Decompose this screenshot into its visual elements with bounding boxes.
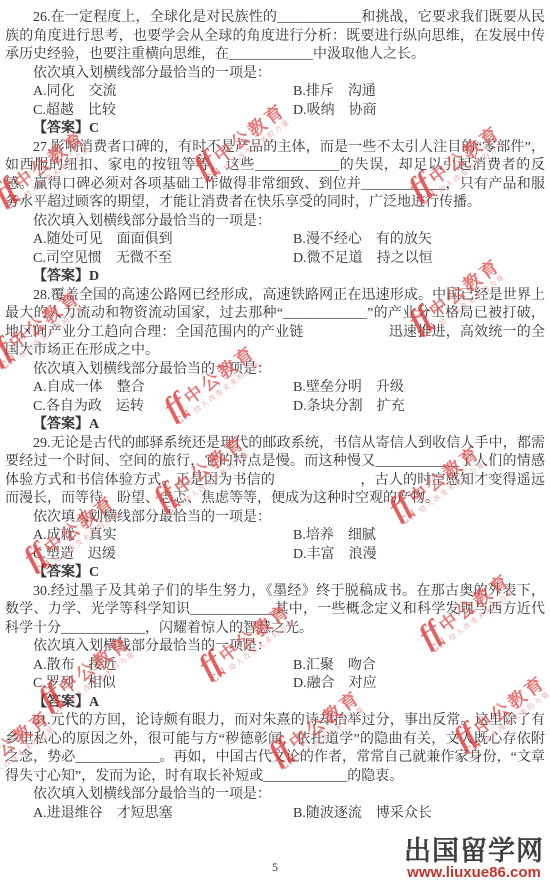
- option-left: A.成就 真实: [33, 527, 293, 546]
- option-row: C.塑造 迟缓D.丰富 浪漫: [5, 546, 545, 565]
- option-right: D.微不足道 持之以恒: [293, 250, 433, 269]
- option-left: C.超越 比较: [33, 102, 293, 121]
- option-left: A.随处可见 面面俱到: [33, 231, 293, 250]
- question-block: 31.元代的方回，论诗颇有眼力，而对朱熹的诗却抬举过分，事出反常。这里除了有乡里…: [5, 712, 545, 823]
- option-right: B.随波逐流 博采众长: [293, 805, 432, 824]
- option-row: C.罗列 相似D.融合 对应: [5, 675, 545, 694]
- question-prompt: 依次填入划横线部分最恰当的一项是：: [5, 213, 545, 232]
- option-row: A.进退维谷 才短思塞B.随波逐流 博采众长: [5, 805, 545, 824]
- option-right: D.融合 对应: [293, 675, 377, 694]
- option-left: C.塑造 迟缓: [33, 546, 293, 565]
- question-prompt: 依次填入划横线部分最恰当的一项是：: [5, 638, 545, 657]
- option-row: C.各自为政 运转D.条块分割 扩充: [5, 398, 545, 417]
- option-right: B.漫不经心 有的放矢: [293, 231, 432, 250]
- option-right: B.排斥 沟通: [293, 83, 376, 102]
- option-row: A.同化 交流B.排斥 沟通: [5, 83, 545, 102]
- question-block: 29.无论是古代的邮驿系统还是现代的邮政系统，书信从寄信人到收信人手中，都需要经…: [5, 435, 545, 583]
- option-left: A.进退维谷 才短思塞: [33, 805, 293, 824]
- question-text: 26.在一定程度上，全球化是对民族性的____________和挑战，它要求我们…: [5, 9, 545, 65]
- option-left: A.自成一体 整合: [33, 379, 293, 398]
- option-left: A.同化 交流: [33, 83, 293, 102]
- option-row: A.随处可见 面面俱到B.漫不经心 有的放矢: [5, 231, 545, 250]
- liuxue86-logo: 出国留学网 www.liuxue86.com: [404, 838, 544, 880]
- option-row: A.散布 接近B.汇聚 吻合: [5, 657, 545, 676]
- options: A.同化 交流B.排斥 沟通C.超越 比较D.吸纳 协商: [5, 83, 545, 120]
- answer-line: 【答案】C: [5, 564, 545, 583]
- options: A.进退维谷 才短思塞B.随波逐流 博采众长: [5, 805, 545, 824]
- answer-line: 【答案】D: [5, 268, 545, 287]
- question-block: 27.影响消费者口碑的，有时不是产品的主体，而是一些不太引人注目的“零部件”，如…: [5, 139, 545, 287]
- option-right: D.条块分割 扩充: [293, 398, 405, 417]
- question-block: 30.经过墨子及其弟子们的毕生努力，《墨经》终于脱稿成书。在那古奥的外表下，数学…: [5, 583, 545, 713]
- question-block: 26.在一定程度上，全球化是对民族性的____________和挑战，它要求我们…: [5, 9, 545, 139]
- question-block: 28.覆盖全国的高速公路网已经形成，高速铁路网正在迅速形成。中国已经是世界上最大…: [5, 287, 545, 435]
- question-prompt: 依次填入划横线部分最恰当的一项是：: [5, 509, 545, 528]
- answer-line: 【答案】C: [5, 120, 545, 139]
- question-text: 28.覆盖全国的高速公路网已经形成，高速铁路网正在迅速形成。中国已经是世界上最大…: [5, 287, 545, 361]
- question-text: 29.无论是古代的邮驿系统还是现代的邮政系统，书信从寄信人到收信人手中，都需要经…: [5, 435, 545, 509]
- option-right: B.培养 细腻: [293, 527, 376, 546]
- option-right: D.丰富 浪漫: [293, 546, 377, 565]
- option-right: D.吸纳 协商: [293, 102, 377, 121]
- option-row: A.自成一体 整合B.壁垒分明 升级: [5, 379, 545, 398]
- options: A.成就 真实B.培养 细腻C.塑造 迟缓D.丰富 浪漫: [5, 527, 545, 564]
- question-prompt: 依次填入划横线部分最恰当的一项是：: [5, 65, 545, 84]
- questions-list: 26.在一定程度上，全球化是对民族性的____________和挑战，它要求我们…: [5, 9, 545, 823]
- option-row: C.司空见惯 无微不至D.微不足道 持之以恒: [5, 250, 545, 269]
- question-prompt: 依次填入划横线部分最恰当的一项是：: [5, 786, 545, 805]
- option-left: C.罗列 相似: [33, 675, 293, 694]
- answer-line: 【答案】A: [5, 416, 545, 435]
- option-row: A.成就 真实B.培养 细腻: [5, 527, 545, 546]
- footer-site-url: www.liuxue86.com: [404, 865, 544, 880]
- question-text: 30.经过墨子及其弟子们的毕生努力，《墨经》终于脱稿成书。在那古奥的外表下，数学…: [5, 583, 545, 639]
- option-row: C.超越 比较D.吸纳 协商: [5, 102, 545, 121]
- option-right: B.壁垒分明 升级: [293, 379, 404, 398]
- footer-site-name: 出国留学网: [404, 838, 544, 865]
- exam-document-page: 26.在一定程度上，全球化是对民族性的____________和挑战，它要求我们…: [0, 0, 550, 888]
- question-text: 31.元代的方回，论诗颇有眼力，而对朱熹的诗却抬举过分，事出反常。这里除了有乡里…: [5, 712, 545, 786]
- question-prompt: 依次填入划横线部分最恰当的一项是：: [5, 361, 545, 380]
- option-left: A.散布 接近: [33, 657, 293, 676]
- options: A.散布 接近B.汇聚 吻合C.罗列 相似D.融合 对应: [5, 657, 545, 694]
- options: A.随处可见 面面俱到B.漫不经心 有的放矢C.司空见惯 无微不至D.微不足道 …: [5, 231, 545, 268]
- option-left: C.司空见惯 无微不至: [33, 250, 293, 269]
- options: A.自成一体 整合B.壁垒分明 升级C.各自为政 运转D.条块分割 扩充: [5, 379, 545, 416]
- answer-line: 【答案】A: [5, 694, 545, 713]
- question-text: 27.影响消费者口碑的，有时不是产品的主体，而是一些不太引人注目的“零部件”，如…: [5, 139, 545, 213]
- option-left: C.各自为政 运转: [33, 398, 293, 417]
- option-right: B.汇聚 吻合: [293, 657, 376, 676]
